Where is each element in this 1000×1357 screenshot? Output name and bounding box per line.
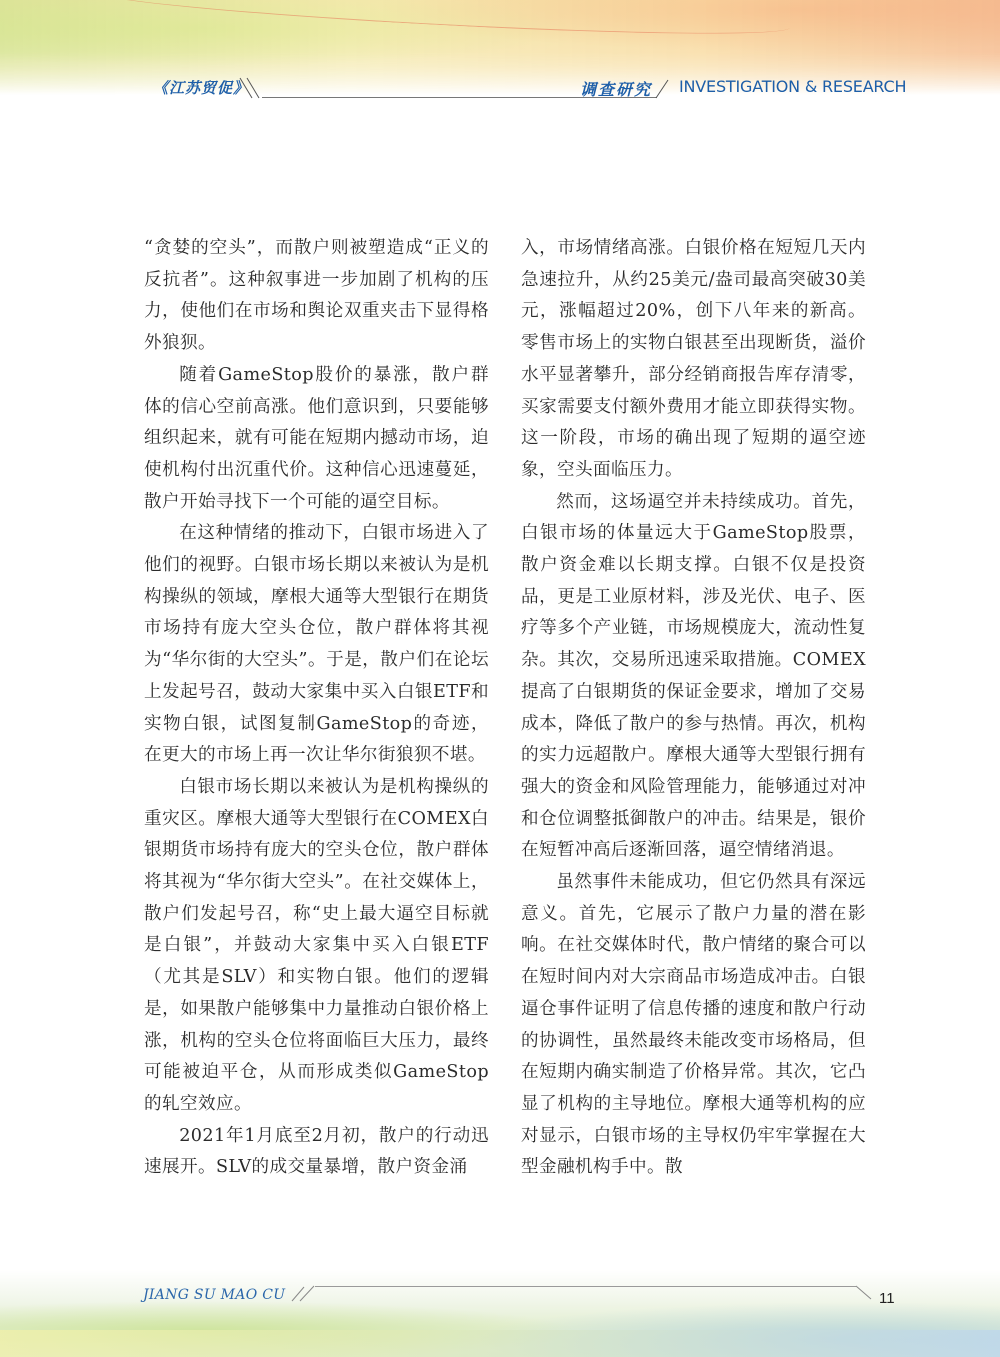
rule-end-tick-icon [855,1285,873,1301]
section-title-cn: 调查研究 [580,77,652,100]
footer-rule [315,1286,856,1287]
paragraph: 入，市场情绪高涨。白银价格在短短几天内急速拉升，从约25美元/盎司最高突破30美… [521,233,866,487]
footer-journal-name: JIANG SU MAO CU [143,1287,285,1303]
section-title-en: INVESTIGATION & RESEARCH [679,77,906,96]
paragraph: 2021年1月底至2月初，散户的行动迅速展开。SLV的成交量暴增，散户资金涌 [144,1121,489,1184]
paragraph: “贪婪的空头”，而散户则被塑造成“正义的反抗者”。这种叙事进一步加剧了机构的压力… [144,233,489,360]
article-column-left: “贪婪的空头”，而散户则被塑造成“正义的反抗者”。这种叙事进一步加剧了机构的压力… [144,233,489,1184]
page-number: 11 [879,1290,895,1307]
paragraph: 随着GameStop股价的暴涨，散户群体的信心空前高涨。他们意识到，只要能够组织… [144,360,489,519]
footer-decorative-band [0,1270,1000,1357]
journal-title: 《江苏贸促》 [153,77,249,98]
paragraph: 在这种情绪的推动下，白银市场进入了他们的视野。白银市场长期以来被认为是机构操纵的… [144,518,489,772]
double-slash-divider-icon [290,1285,320,1303]
paragraph: 然而，这场逼空并未持续成功。首先，白银市场的体量远大于GameStop股票，散户… [521,487,866,867]
paragraph: 虽然事件未能成功，但它仍然具有深远意义。首先，它展示了散户力量的潜在影响。在社交… [521,867,866,1184]
slash-divider-icon [652,78,672,100]
paragraph: 白银市场长期以来被认为是机构操纵的重灾区。摩根大通等大型银行在COMEX白银期货… [144,772,489,1121]
article-column-right: 入，市场情绪高涨。白银价格在短短几天内急速拉升，从约25美元/盎司最高突破30美… [521,233,866,1184]
